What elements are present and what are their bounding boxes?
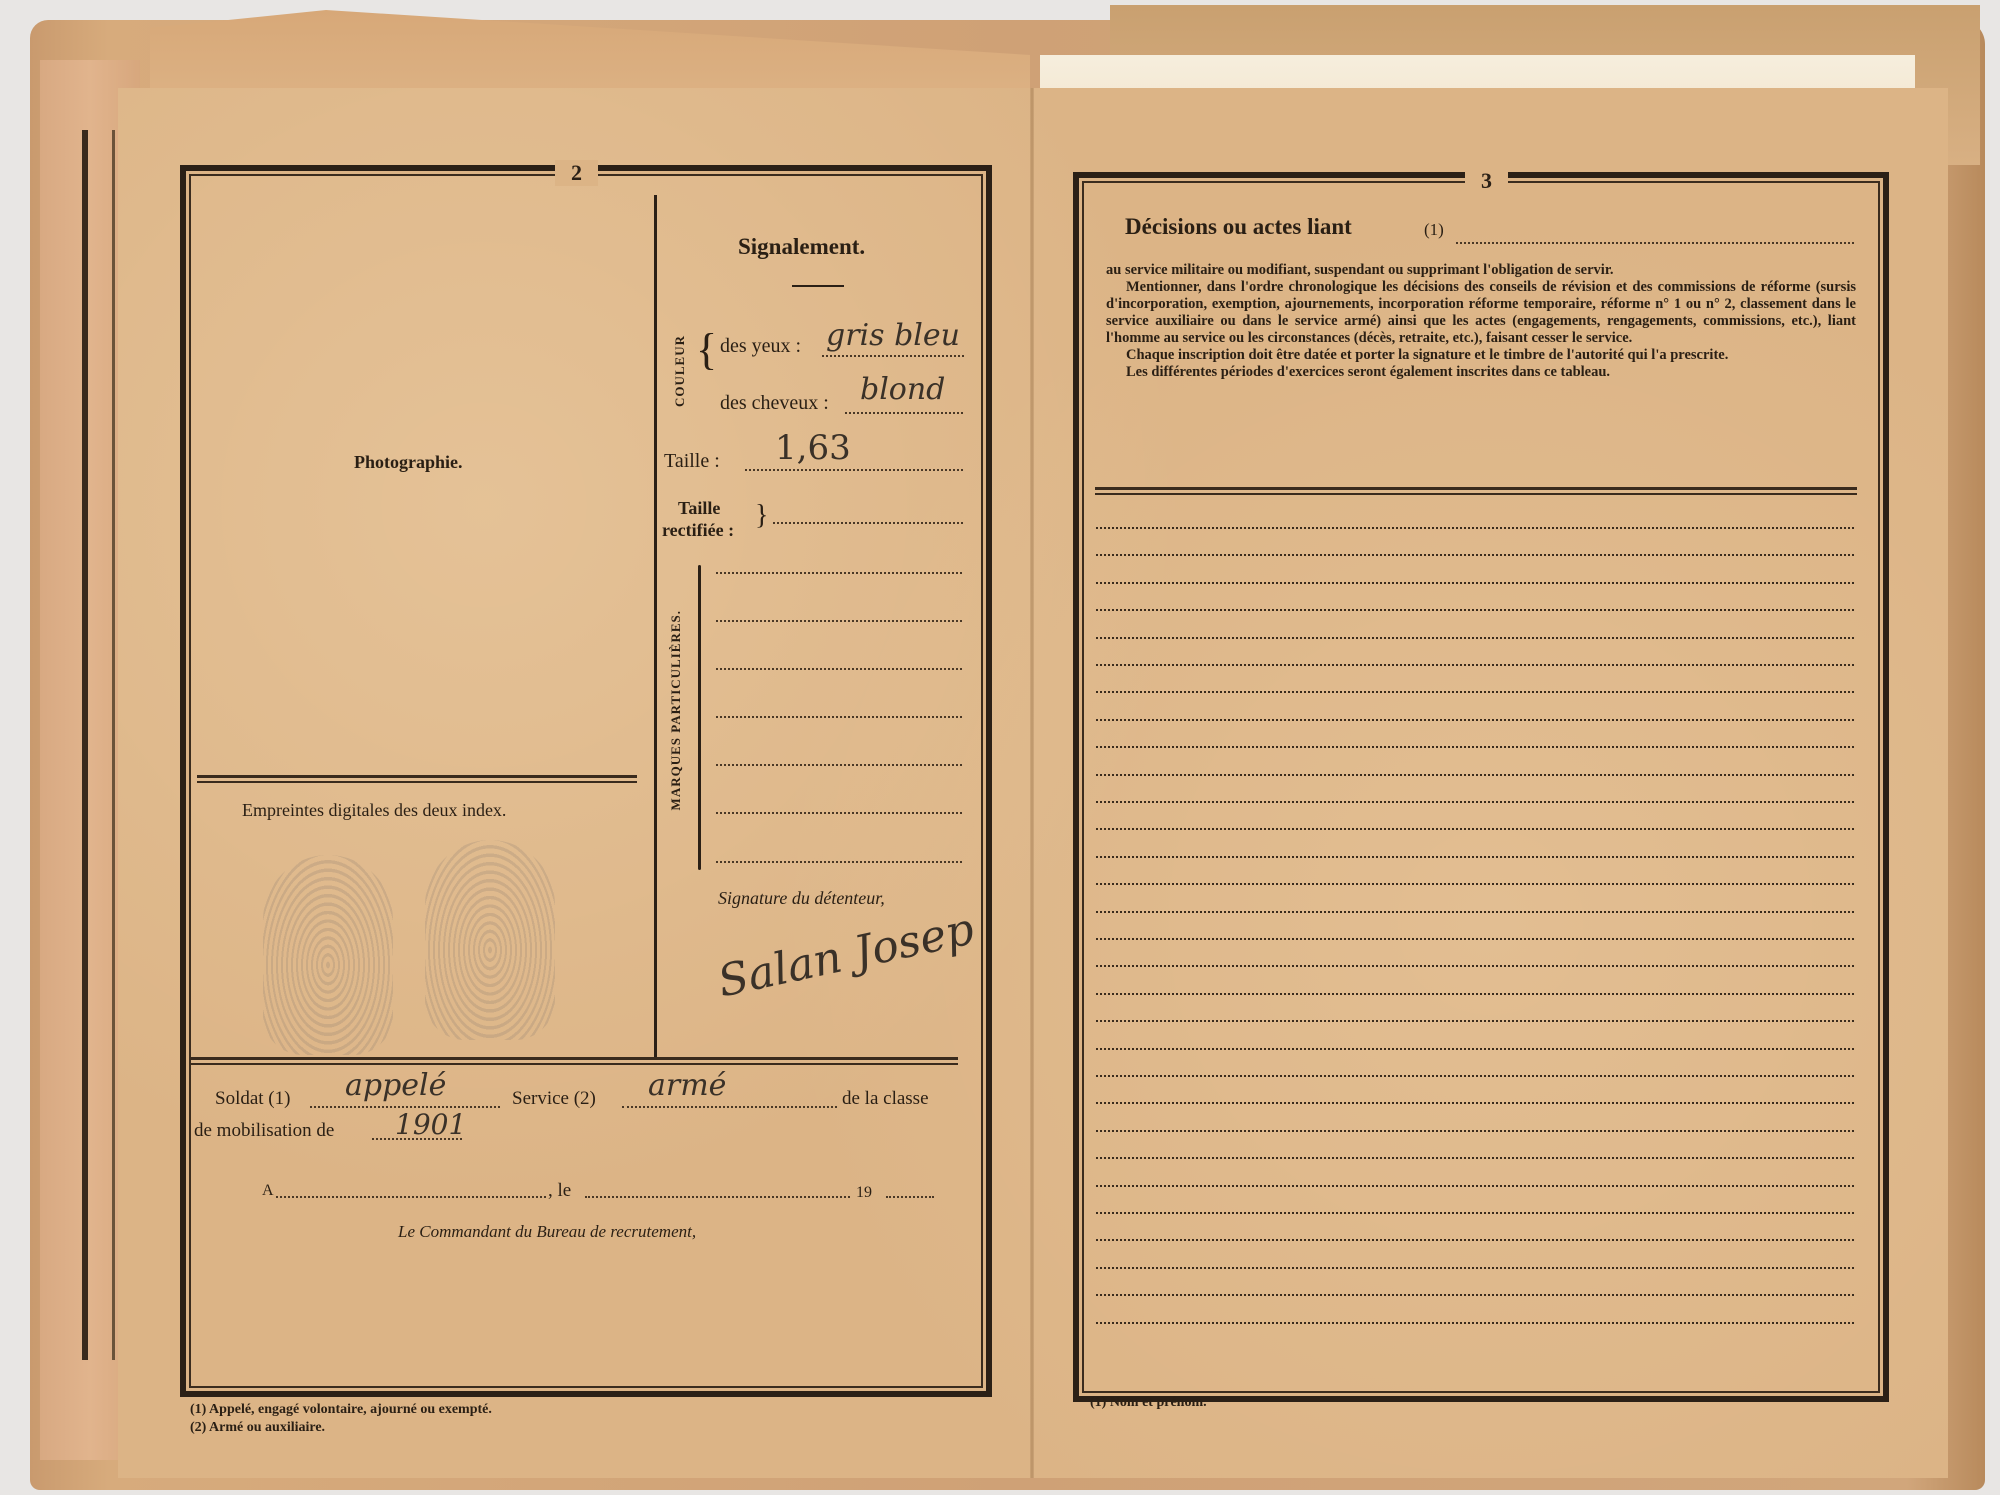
corrected-height-label-1: Taille	[678, 498, 720, 519]
date-label: , le	[548, 1180, 571, 1202]
title-underline	[792, 285, 844, 287]
book-gutter	[1030, 88, 1034, 1478]
instruction-paragraph-3: Chaque inscription doit être datée et po…	[1106, 347, 1856, 364]
right-index-fingerprint	[425, 840, 555, 1040]
entry-line[interactable]	[1096, 856, 1854, 858]
couleur-brace: {	[696, 328, 717, 372]
classe-label: de la classe	[842, 1088, 929, 1110]
service-field-line	[622, 1106, 837, 1108]
column-divider	[654, 195, 657, 1057]
height-field-line	[745, 469, 963, 471]
decisions-title: Décisions ou actes liant	[1125, 214, 1352, 240]
instructions-text: au service militaire ou modifiant, suspe…	[1106, 262, 1856, 381]
photo-label: Photographie.	[354, 452, 463, 473]
entry-line[interactable]	[1096, 1075, 1854, 1077]
corrected-height-field-line[interactable]	[773, 522, 963, 524]
page-number-left: 2	[555, 160, 598, 186]
entry-line[interactable]	[1096, 1212, 1854, 1214]
entry-line[interactable]	[1096, 1294, 1854, 1296]
entry-line[interactable]	[1096, 1267, 1854, 1269]
entry-line[interactable]	[1096, 527, 1854, 529]
mobilisation-value[interactable]: 1901	[395, 1108, 466, 1141]
enrollment-divider	[190, 1057, 958, 1065]
entry-line[interactable]	[1096, 1239, 1854, 1241]
marks-label: MARQUES PARTICULIÈRES.	[668, 610, 684, 810]
commander-label: Le Commandant du Bureau de recrutement,	[398, 1222, 696, 1242]
corrected-height-brace: }	[755, 500, 768, 532]
entry-line[interactable]	[1096, 774, 1854, 776]
footnote-2: (2) Armé ou auxiliaire.	[190, 1420, 325, 1436]
page-number-right: 3	[1465, 168, 1508, 194]
entry-line[interactable]	[1096, 883, 1854, 885]
entry-line[interactable]	[1096, 1185, 1854, 1187]
entry-line[interactable]	[1096, 582, 1854, 584]
eyes-label: des yeux :	[720, 335, 801, 358]
hair-label: des cheveux :	[720, 392, 829, 415]
entry-line[interactable]	[1096, 746, 1854, 748]
service-value[interactable]: armé	[648, 1068, 726, 1103]
corrected-height-label-2: rectifiée :	[662, 520, 734, 541]
height-label: Taille :	[664, 450, 720, 473]
photo-fingerprint-divider	[197, 775, 637, 783]
entry-line[interactable]	[1096, 938, 1854, 940]
entry-line[interactable]	[1096, 1322, 1854, 1324]
marks-bracket	[698, 565, 701, 870]
hair-field-line	[845, 412, 963, 414]
height-value[interactable]: 1,63	[775, 428, 851, 468]
service-label: Service (2)	[512, 1088, 596, 1110]
entry-line[interactable]	[1096, 1020, 1854, 1022]
left-index-fingerprint	[263, 855, 393, 1055]
year-field-line[interactable]	[886, 1196, 934, 1198]
marks-line-5[interactable]	[716, 764, 962, 766]
marks-line-3[interactable]	[716, 668, 962, 670]
previous-page-frame-line-inner	[112, 130, 115, 1360]
date-field-line[interactable]	[585, 1196, 850, 1198]
soldat-value[interactable]: appelé	[345, 1068, 446, 1103]
entry-line[interactable]	[1096, 911, 1854, 913]
instruction-paragraph-4: Les différentes périodes d'exercices ser…	[1106, 364, 1856, 381]
entry-line[interactable]	[1096, 664, 1854, 666]
eyes-field-line	[822, 355, 964, 357]
place-label: A	[262, 1182, 274, 1200]
holder-signature-label: Signature du détenteur,	[718, 888, 885, 909]
entry-line[interactable]	[1096, 965, 1854, 967]
mobilisation-label: de mobilisation de	[194, 1120, 334, 1142]
entry-line[interactable]	[1096, 1102, 1854, 1104]
instruction-paragraph-2: Mentionner, dans l'ordre chronologique l…	[1106, 279, 1856, 347]
fingerprints-label: Empreintes digitales des deux index.	[242, 800, 506, 821]
hair-value[interactable]: blond	[860, 372, 945, 407]
year-prefix: 19	[856, 1184, 872, 1202]
entry-line[interactable]	[1096, 719, 1854, 721]
entry-line[interactable]	[1096, 993, 1854, 995]
entry-line[interactable]	[1096, 691, 1854, 693]
eyes-value[interactable]: gris bleu	[826, 318, 960, 353]
entry-line[interactable]	[1096, 609, 1854, 611]
marks-line-7[interactable]	[716, 861, 962, 863]
signalement-title: Signalement.	[738, 234, 865, 260]
name-field-line[interactable]	[1456, 242, 1854, 244]
footnote-1: (1) Appelé, engagé volontaire, ajourné o…	[190, 1402, 492, 1418]
soldat-label: Soldat (1)	[215, 1088, 290, 1110]
entry-line[interactable]	[1096, 1157, 1854, 1159]
place-field-line[interactable]	[276, 1196, 546, 1198]
decisions-title-ref: (1)	[1424, 220, 1444, 240]
entry-line[interactable]	[1096, 801, 1854, 803]
instruction-line-1: au service militaire ou modifiant, suspe…	[1106, 262, 1856, 279]
entry-line[interactable]	[1096, 1130, 1854, 1132]
couleur-label: COULEUR	[672, 335, 688, 407]
entry-line[interactable]	[1096, 637, 1854, 639]
marks-line-4[interactable]	[716, 716, 962, 718]
marks-line-2[interactable]	[716, 620, 962, 622]
marks-line-6[interactable]	[716, 812, 962, 814]
entry-line[interactable]	[1096, 828, 1854, 830]
entry-line[interactable]	[1096, 554, 1854, 556]
header-divider	[1095, 487, 1857, 495]
previous-page-frame-line	[82, 130, 88, 1360]
marks-line-1[interactable]	[716, 572, 962, 574]
entry-line[interactable]	[1096, 1048, 1854, 1050]
footnote-nom-prenom: (1) Nom et prénom.	[1090, 1395, 1207, 1411]
